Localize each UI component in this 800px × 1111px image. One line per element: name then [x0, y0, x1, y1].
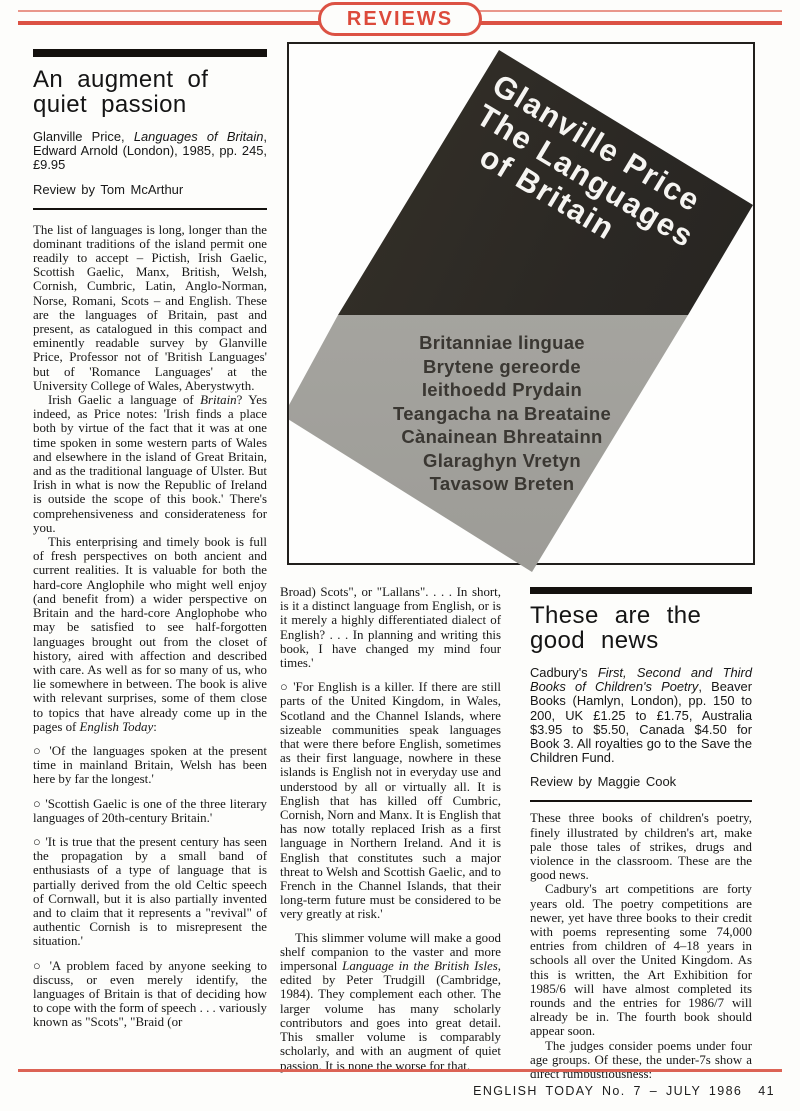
review1-body-column2: Broad) Scots", or "Lallans". . . . In sh… — [280, 585, 501, 1073]
review2-column: These are the good news Cadbury's First,… — [530, 587, 752, 1081]
paragraph: ○ 'It is true that the present century h… — [33, 835, 267, 949]
review1-citation: Glanville Price, Languages of Britain, E… — [33, 130, 267, 173]
review1-title: An augment of quiet passion — [33, 67, 267, 117]
review1-title-line1: An augment of — [33, 67, 267, 92]
paragraph: ○ 'Scottish Gaelic is one of the three l… — [33, 797, 267, 825]
magazine-page: { "header": { "badge": "REVIEWS" }, "col… — [0, 0, 800, 1111]
paragraph: Cadbury's First, Second and Third Books … — [530, 666, 752, 765]
reviews-badge-label: REVIEWS — [347, 8, 453, 31]
paragraph: The list of languages is long, longer th… — [33, 223, 267, 393]
language-line: Glaraghyn Vretyn — [322, 449, 682, 473]
review2-byline: Review by Maggie Cook — [530, 774, 752, 789]
page-number: 41 — [758, 1084, 775, 1098]
review1-byline: Review by Tom McArthur — [33, 182, 267, 197]
reviews-section-badge: REVIEWS — [318, 2, 482, 36]
review2-title: These are the good news — [530, 603, 752, 653]
paragraph: Cadbury's art competitions are forty yea… — [530, 882, 752, 1038]
paragraph: Glanville Price, Languages of Britain, E… — [33, 130, 267, 173]
review2-title-line1: These are the — [530, 603, 752, 628]
language-line: Britanniae linguae — [322, 331, 682, 355]
book-cover-figure-frame: Glanville Price The Languages of Britain… — [287, 42, 755, 565]
review2-divider-rule — [530, 800, 752, 802]
review1-divider-rule — [33, 208, 267, 210]
review1-title-line2: quiet passion — [33, 92, 267, 117]
paragraph: This enterprising and timely book is ful… — [33, 535, 267, 734]
review1-middle-column: Broad) Scots", or "Lallans". . . . In sh… — [280, 579, 501, 1073]
review2-body: These three books of children's poetry, … — [530, 811, 752, 1081]
review1-top-bar — [33, 49, 267, 57]
review2-citation: Cadbury's First, Second and Third Books … — [530, 666, 752, 765]
language-line: Ieithoedd Prydain — [322, 378, 682, 402]
language-line: Tavasow Breten — [322, 472, 682, 496]
footer-rule — [18, 1069, 782, 1072]
review1-left-column: An augment of quiet passion Glanville Pr… — [33, 49, 267, 1030]
paragraph: Irish Gaelic a language of Britain? Yes … — [33, 393, 267, 535]
book-cover-photo: Glanville Price The Languages of Britain… — [289, 44, 753, 596]
paragraph: The judges consider poems under four age… — [530, 1039, 752, 1082]
language-line: Brytene gereorde — [322, 355, 682, 379]
paragraph: These three books of children's poetry, … — [530, 811, 752, 882]
journal-issue-line: ENGLISH TODAY No. 7 – JULY 1986 — [473, 1084, 742, 1098]
paragraph: This slimmer volume will make a good she… — [280, 931, 501, 1073]
paragraph: ○ 'A problem faced by anyone seeking to … — [33, 959, 267, 1030]
paragraph: Broad) Scots", or "Lallans". . . . In sh… — [280, 585, 501, 670]
review2-top-bar — [530, 587, 752, 594]
review1-body-column1: The list of languages is long, longer th… — [33, 223, 267, 1030]
paragraph: ○ 'For English is a killer. If there are… — [280, 680, 501, 921]
book-cover-language-list: Britanniae linguae Brytene gereorde Ieit… — [322, 331, 682, 496]
footer: ENGLISH TODAY No. 7 – JULY 1986 41 — [473, 1084, 775, 1098]
language-line: Teangacha na Breataine — [322, 402, 682, 426]
language-line: Cànainean Bhreatainn — [322, 425, 682, 449]
paragraph: ○ 'Of the languages spoken at the presen… — [33, 744, 267, 787]
review2-title-line2: good news — [530, 628, 752, 653]
